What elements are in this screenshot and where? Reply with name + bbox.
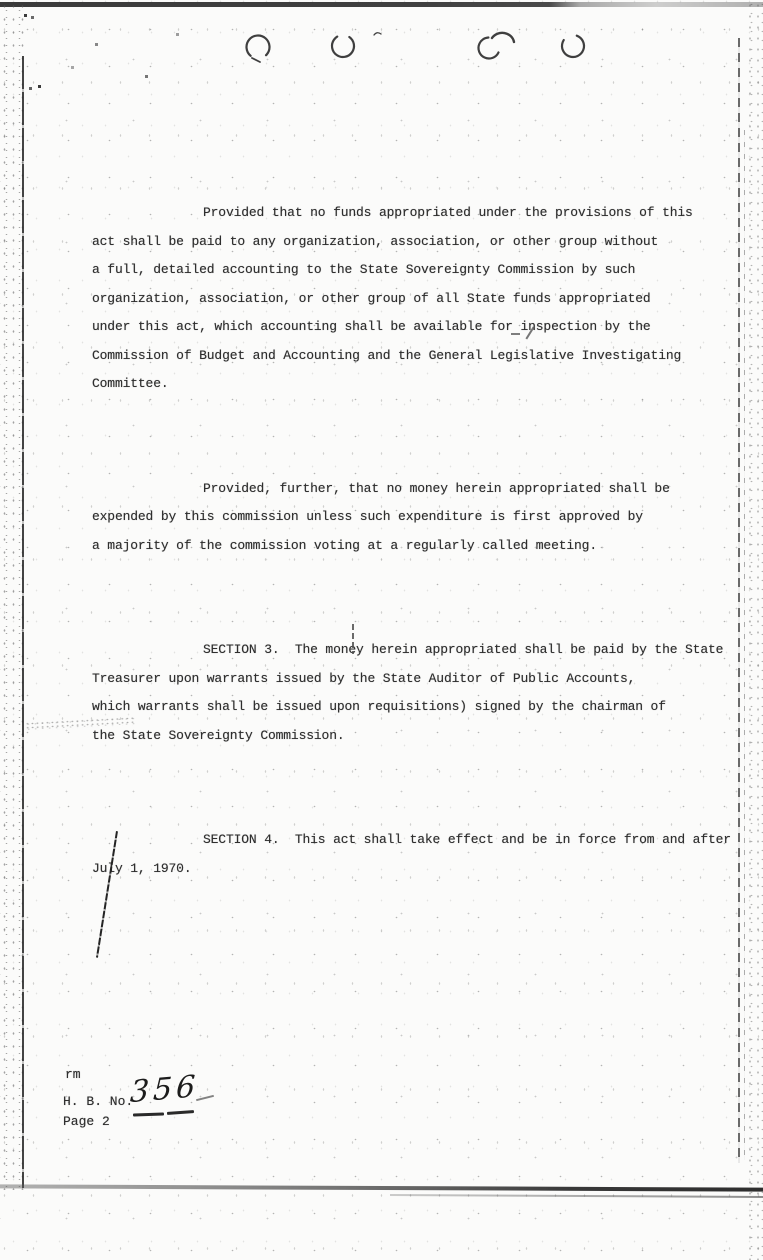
- scan-mark-dash: [511, 333, 520, 335]
- scan-squiggle: [374, 33, 381, 35]
- page-number-label: Page 2: [63, 1113, 110, 1130]
- scan-bottom-edge: [0, 1184, 763, 1191]
- punch-hole-arc: [492, 33, 514, 42]
- punch-hole-icon: [559, 32, 587, 60]
- bill-number-label: H. B. No.: [63, 1093, 133, 1110]
- handwritten-bill-number: 356: [129, 1069, 200, 1110]
- typist-initials: rm: [65, 1066, 81, 1083]
- bill-number-underline: [167, 1110, 194, 1115]
- punch-hole-icon: [242, 31, 274, 63]
- paragraph-provided-funds: Provided that no funds appropriated unde…: [92, 199, 732, 399]
- scan-mark-dash: [196, 1095, 214, 1101]
- paragraph-section-4: SECTION 4. This act shall take effect an…: [92, 826, 732, 883]
- scan-top-edge: [0, 2, 763, 7]
- punch-hole-tail: [252, 58, 260, 62]
- punch-hole-icon: [328, 31, 359, 62]
- scan-noise-right: [746, 0, 763, 1260]
- scanned-document-page: Provided that no funds appropriated unde…: [0, 0, 763, 1260]
- scan-left-edge-line: [22, 56, 24, 1188]
- scan-right-edge-line-faint: [744, 130, 745, 1160]
- punch-holes: [238, 26, 598, 72]
- scan-bottom-edge-faint: [390, 1194, 763, 1198]
- document-body: Provided that no funds appropriated unde…: [92, 142, 732, 940]
- scan-mark-vertical: [352, 624, 354, 654]
- paragraph-section-3: SECTION 3. The money herein appropriated…: [92, 636, 732, 750]
- scan-right-edge-line: [738, 38, 740, 1163]
- scan-specks: [24, 14, 27, 17]
- bill-number-underline: [133, 1112, 164, 1116]
- punch-hole-icon: [475, 34, 503, 62]
- paragraph-provided-further: Provided, further, that no money herein …: [92, 475, 732, 561]
